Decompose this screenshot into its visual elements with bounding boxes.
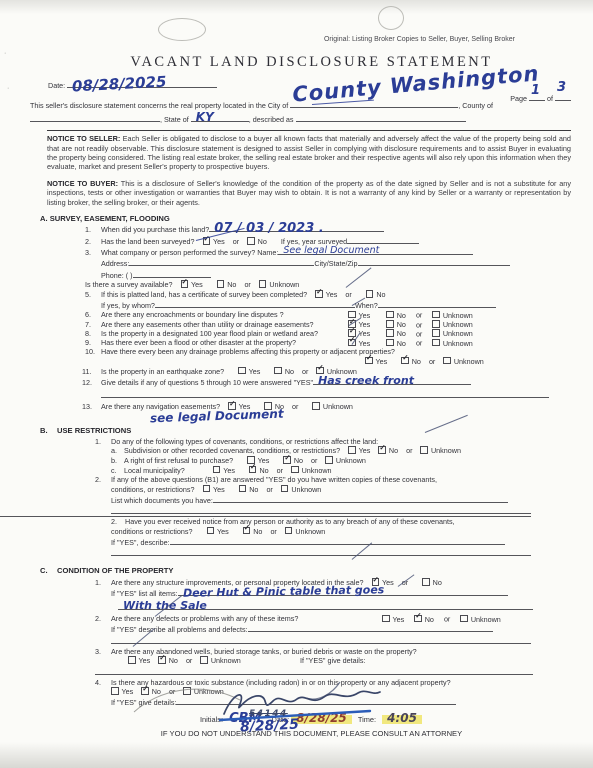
question-a4: Is there a survey available? [85,280,173,289]
notice-buyer-label: NOTICE TO BUYER: [47,179,118,188]
handwritten-see-legal-document: see legal Document [150,409,284,423]
handwritten-page-num: 1 [531,83,540,101]
scan-edge-top [0,0,593,14]
state-blank: KY [191,113,249,122]
question-b2b-line2: conditions or restrictions? [111,527,193,536]
handwritten-items-1: Deer Hut & Pinic table that goes [183,585,384,598]
handwritten-date: 08/28/2025 [72,77,167,91]
a4-unknown-checkbox: Unknown [259,280,299,290]
b2-no-checkbox: No [239,484,259,494]
city-name-blank [30,113,160,122]
divider [47,130,571,131]
state-label: , State of [160,115,189,124]
a5-bywhom-label: If yes, by whom? [101,301,155,310]
b1a-yes-checkbox: Yes [348,446,370,456]
b2b-yes-checkbox: Yes [207,526,229,536]
c2-describe-blank [248,623,493,632]
a5-bywhom-blank [155,299,355,308]
of-label: of [547,94,553,103]
question-a11: Is the property in an earthquake zone? [101,367,224,376]
a3-phone-label: Phone: ( ) [101,271,133,280]
scanned-document-page: · · Original: Listing Broker Copies to S… [0,0,593,768]
handwritten-creek-front: Has creek front [318,376,414,385]
question-c3: Are there any abandoned wells, buried st… [111,647,417,656]
notice-seller-label: NOTICE TO SELLER: [47,134,120,143]
a4-yes-checkbox: ✓Yes [181,280,203,290]
a3-address-label: Address: [101,259,129,268]
handwritten-state: KY [196,113,214,122]
b1c-yes-checkbox: Yes [213,465,235,475]
b1b-no-checkbox: ✓No [283,456,303,466]
c1-no-checkbox: No [422,578,442,588]
a5-when-label: When? [355,301,378,310]
c1-items-blank: Deer Hut & Pinic table that goes [178,587,508,596]
handwritten-page-total: 3 [557,80,566,101]
b2-list-blank2 [111,505,531,514]
a3-csz-label: City/State/Zip [314,259,357,268]
handwritten-signature-date: 8/28/25 [240,716,300,735]
a3-csz-blank [358,257,510,266]
a5-no-checkbox: No [366,290,386,300]
a3-address-blank [129,257,314,266]
section-c-heading: CONDITION OF THE PROPERTY [57,566,173,575]
a13-unknown-checkbox: Unknown [312,402,352,412]
a5-when-blank [378,299,496,308]
notice-seller-text: Each Seller is obligated to disclose to … [47,134,571,171]
county-label: , County of [458,101,493,110]
a12-blank: Has creek front [313,376,471,385]
question-c2: Are there any defects or problems with a… [111,614,298,623]
b1c-unknown-checkbox: Unknown [291,465,331,475]
b2-unknown-checkbox: Unknown [281,484,321,494]
a5-yes-checkbox: ✓Yes [315,290,337,300]
b2-list-blank [213,494,508,503]
b2b-no-checkbox: ✓No [243,526,263,536]
question-a7: Are there any easements other than utili… [101,320,314,329]
date-blank: 08/28/2025 [67,79,217,88]
question-a10: Have there every been any drainage probl… [101,347,395,356]
a10-yes-checkbox: ✓Yes [365,356,387,366]
a3-phone-blank [133,269,211,278]
question-a2: Has the land been surveyed? [101,237,195,246]
a3-name-blank: See legal Document [278,246,473,255]
section-b-heading: USE RESTRICTIONS [57,426,131,435]
c3-yes-checkbox: Yes [128,656,150,666]
c1-items-blank2: With the Sale [118,601,533,610]
question-a1: When did you purchase this land? [101,225,209,234]
question-b2-line2: conditions, or restrictions? [111,485,195,494]
b2b-unknown-checkbox: Unknown [285,526,325,536]
b2-list-label: List which documents you have: [111,496,213,505]
c1-list-label: If "YES" list all items: [111,589,178,598]
described-blank [296,113,466,122]
question-a6: Are there any encroachments or boundary … [101,310,284,319]
b1c-no-checkbox: ✓No [249,465,269,475]
b2b-describe-blank2 [111,547,531,556]
a10-no-checkbox: ✓No [401,356,421,366]
question-b1a: Subdivision or other recorded covenants,… [124,446,340,455]
c3-details-label: If "YES" give details: [300,656,365,665]
a12-blank-line2 [101,389,549,398]
date-label: Date: [48,81,65,90]
page-label: Page [510,94,527,103]
a10-unknown-checkbox: Unknown [443,356,483,366]
a2-no-checkbox: No [247,237,267,247]
page-indicator: Page 1 of 3 [510,92,571,103]
c2-describe-blank2 [111,635,531,644]
notice-to-buyer: NOTICE TO BUYER: This is a disclosure of… [0,179,593,207]
hole-punch-mark [158,18,206,41]
notice-buyer-text: This is a disclosure of Seller's knowled… [47,179,571,206]
notice-to-seller: NOTICE TO SELLER: Each Seller is obligat… [0,134,593,171]
question-a9: Has there ever been a flood or other dis… [101,338,296,347]
question-b1b: A right of first refusal to purchase? [124,456,233,465]
c3-unknown-checkbox: Unknown [200,656,240,666]
b2-yes-checkbox: Yes [203,484,225,494]
b2b-describe-blank [170,536,505,545]
question-a5: If this is platted land, has a certifica… [101,290,307,299]
a2-year-blank [347,235,419,244]
a11-yes-checkbox: Yes [238,366,260,376]
c3-no-checkbox: ✓No [158,656,178,666]
question-a12: Give details if any of questions 5 throu… [101,378,313,387]
handwritten-surveyor: See legal Document [283,246,379,255]
question-b2-line1: If any of the above questions (B1) are a… [111,475,437,484]
b2b-describe-label: If "YES", describe: [111,538,170,547]
question-a3: What company or person performed the sur… [101,248,278,257]
b1a-unknown-checkbox: Unknown [420,446,460,456]
described-label: , described as [249,115,294,124]
question-b1: Do any of the following types of covenan… [111,437,378,446]
hole-punch-mark [378,6,404,30]
question-a8: Is the property in a designated 100 year… [101,329,318,338]
c2-describe-label: If "YES" describe all problems and defec… [111,625,248,634]
question-b1c: Local municipality? [124,466,185,475]
a4-no-checkbox: No [217,280,237,290]
b1a-no-checkbox: ✓No [378,446,398,456]
question-b2b-line1: Have you ever received notice from any p… [125,517,455,526]
a11-no-checkbox: No [274,366,294,376]
b1b-unknown-checkbox: Unknown [325,456,365,466]
concern-text: This seller's disclosure statement conce… [30,101,288,110]
distribution-note: Original: Listing Broker Copies to Selle… [324,36,515,43]
